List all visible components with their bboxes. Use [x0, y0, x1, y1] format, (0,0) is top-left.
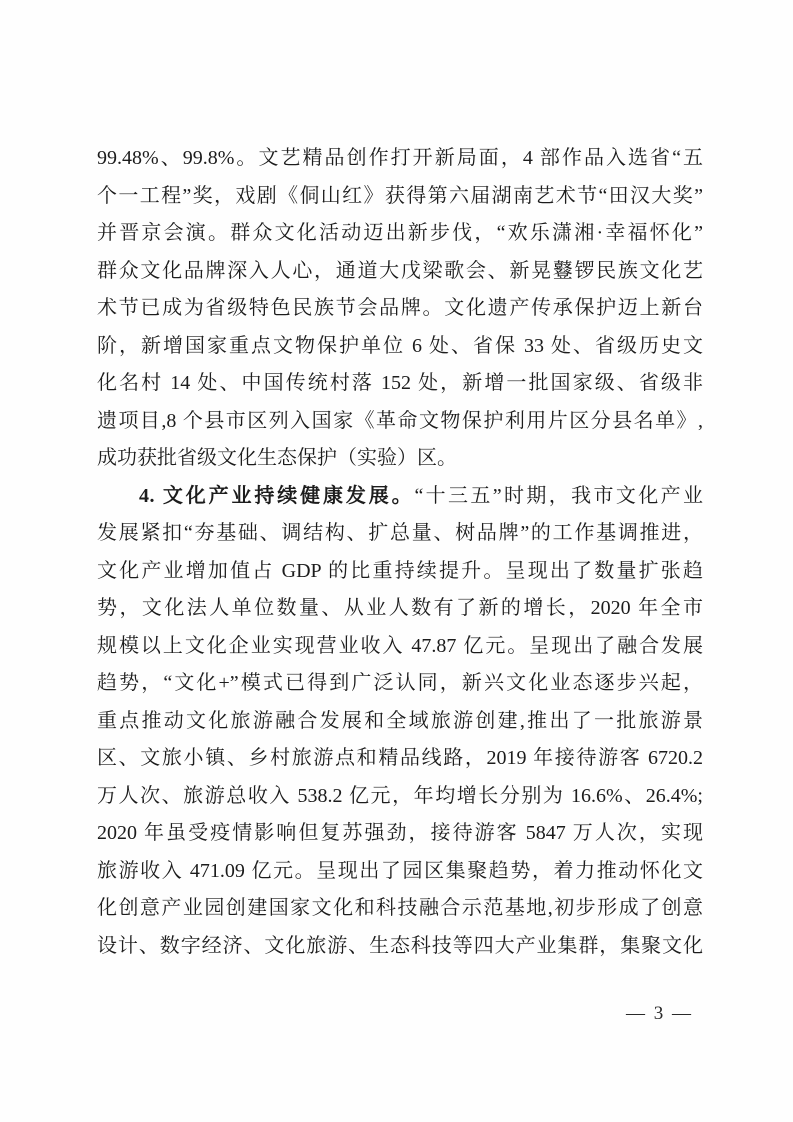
page-number: — 3 —	[626, 1002, 693, 1026]
text-line: 阶，新增国家重点文物保护单位 6 处、省保 33 处、省级历史文	[97, 328, 703, 366]
text-line: 区、文旅小镇、乡村旅游点和精品线路，2019 年接待游客 6720.2	[97, 740, 703, 778]
text-line: 遗项目,8 个县市区列入国家《革命文物保护利用片区分县名单》,	[97, 403, 703, 441]
text-line: 发展紧扣“夯基础、调结构、扩总量、树品牌”的工作基调推进，	[97, 515, 703, 553]
document-page: 99.48%、99.8%。文艺精品创作打开新局面，4 部作品入选省“五 个一工程…	[0, 0, 793, 1122]
text-line: 旅游收入 471.09 亿元。呈现出了园区集聚趋势，着力推动怀化文	[97, 853, 703, 891]
section-heading: 4. 文化产业持续健康发展。	[139, 485, 414, 507]
text-line: 个一工程”奖，戏剧《侗山红》获得第六届湖南艺术节“田汉大奖”	[97, 178, 703, 216]
text-line: 2020 年虽受疫情影响但复苏强劲，接待游客 5847 万人次，实现	[97, 815, 703, 853]
text-line: 成功获批省级文化生态保护（实验）区。	[97, 440, 703, 478]
text-line: 化创意产业园创建国家文化和科技融合示范基地,初步形成了创意	[97, 890, 703, 928]
text-line: 文化产业增加值占 GDP 的比重持续提升。呈现出了数量扩张趋	[97, 553, 703, 591]
text-line: 99.48%、99.8%。文艺精品创作打开新局面，4 部作品入选省“五	[97, 140, 703, 178]
text-line: 规模以上文化企业实现营业收入 47.87 亿元。呈现出了融合发展	[97, 628, 703, 666]
text-line: 势，文化法人单位数量、从业人数有了新的增长，2020 年全市	[97, 590, 703, 628]
text-line: 趋势，“文化+”模式已得到广泛认同，新兴文化业态逐步兴起，	[97, 665, 703, 703]
text-line: 并晋京会演。群众文化活动迈出新步伐，“欢乐潇湘·幸福怀化”	[97, 215, 703, 253]
text-line: 化名村 14 处、中国传统村落 152 处，新增一批国家级、省级非	[97, 365, 703, 403]
text-run: “十三五”时期，我市文化产业	[414, 485, 703, 507]
text-line: 设计、数字经济、文化旅游、生态科技等四大产业集群，集聚文化	[97, 928, 703, 966]
text-line: 群众文化品牌深入人心，通道大戊梁歌会、新晃鼟锣民族文化艺	[97, 253, 703, 291]
text-line: 术节已成为省级特色民族节会品牌。文化遗产传承保护迈上新台	[97, 290, 703, 328]
text-line: 4. 文化产业持续健康发展。“十三五”时期，我市文化产业	[97, 478, 703, 516]
document-body: 99.48%、99.8%。文艺精品创作打开新局面，4 部作品入选省“五 个一工程…	[97, 140, 703, 965]
text-line: 重点推动文化旅游融合发展和全域旅游创建,推出了一批旅游景	[97, 703, 703, 741]
text-line: 万人次、旅游总收入 538.2 亿元，年均增长分别为 16.6%、26.4%;	[97, 778, 703, 816]
